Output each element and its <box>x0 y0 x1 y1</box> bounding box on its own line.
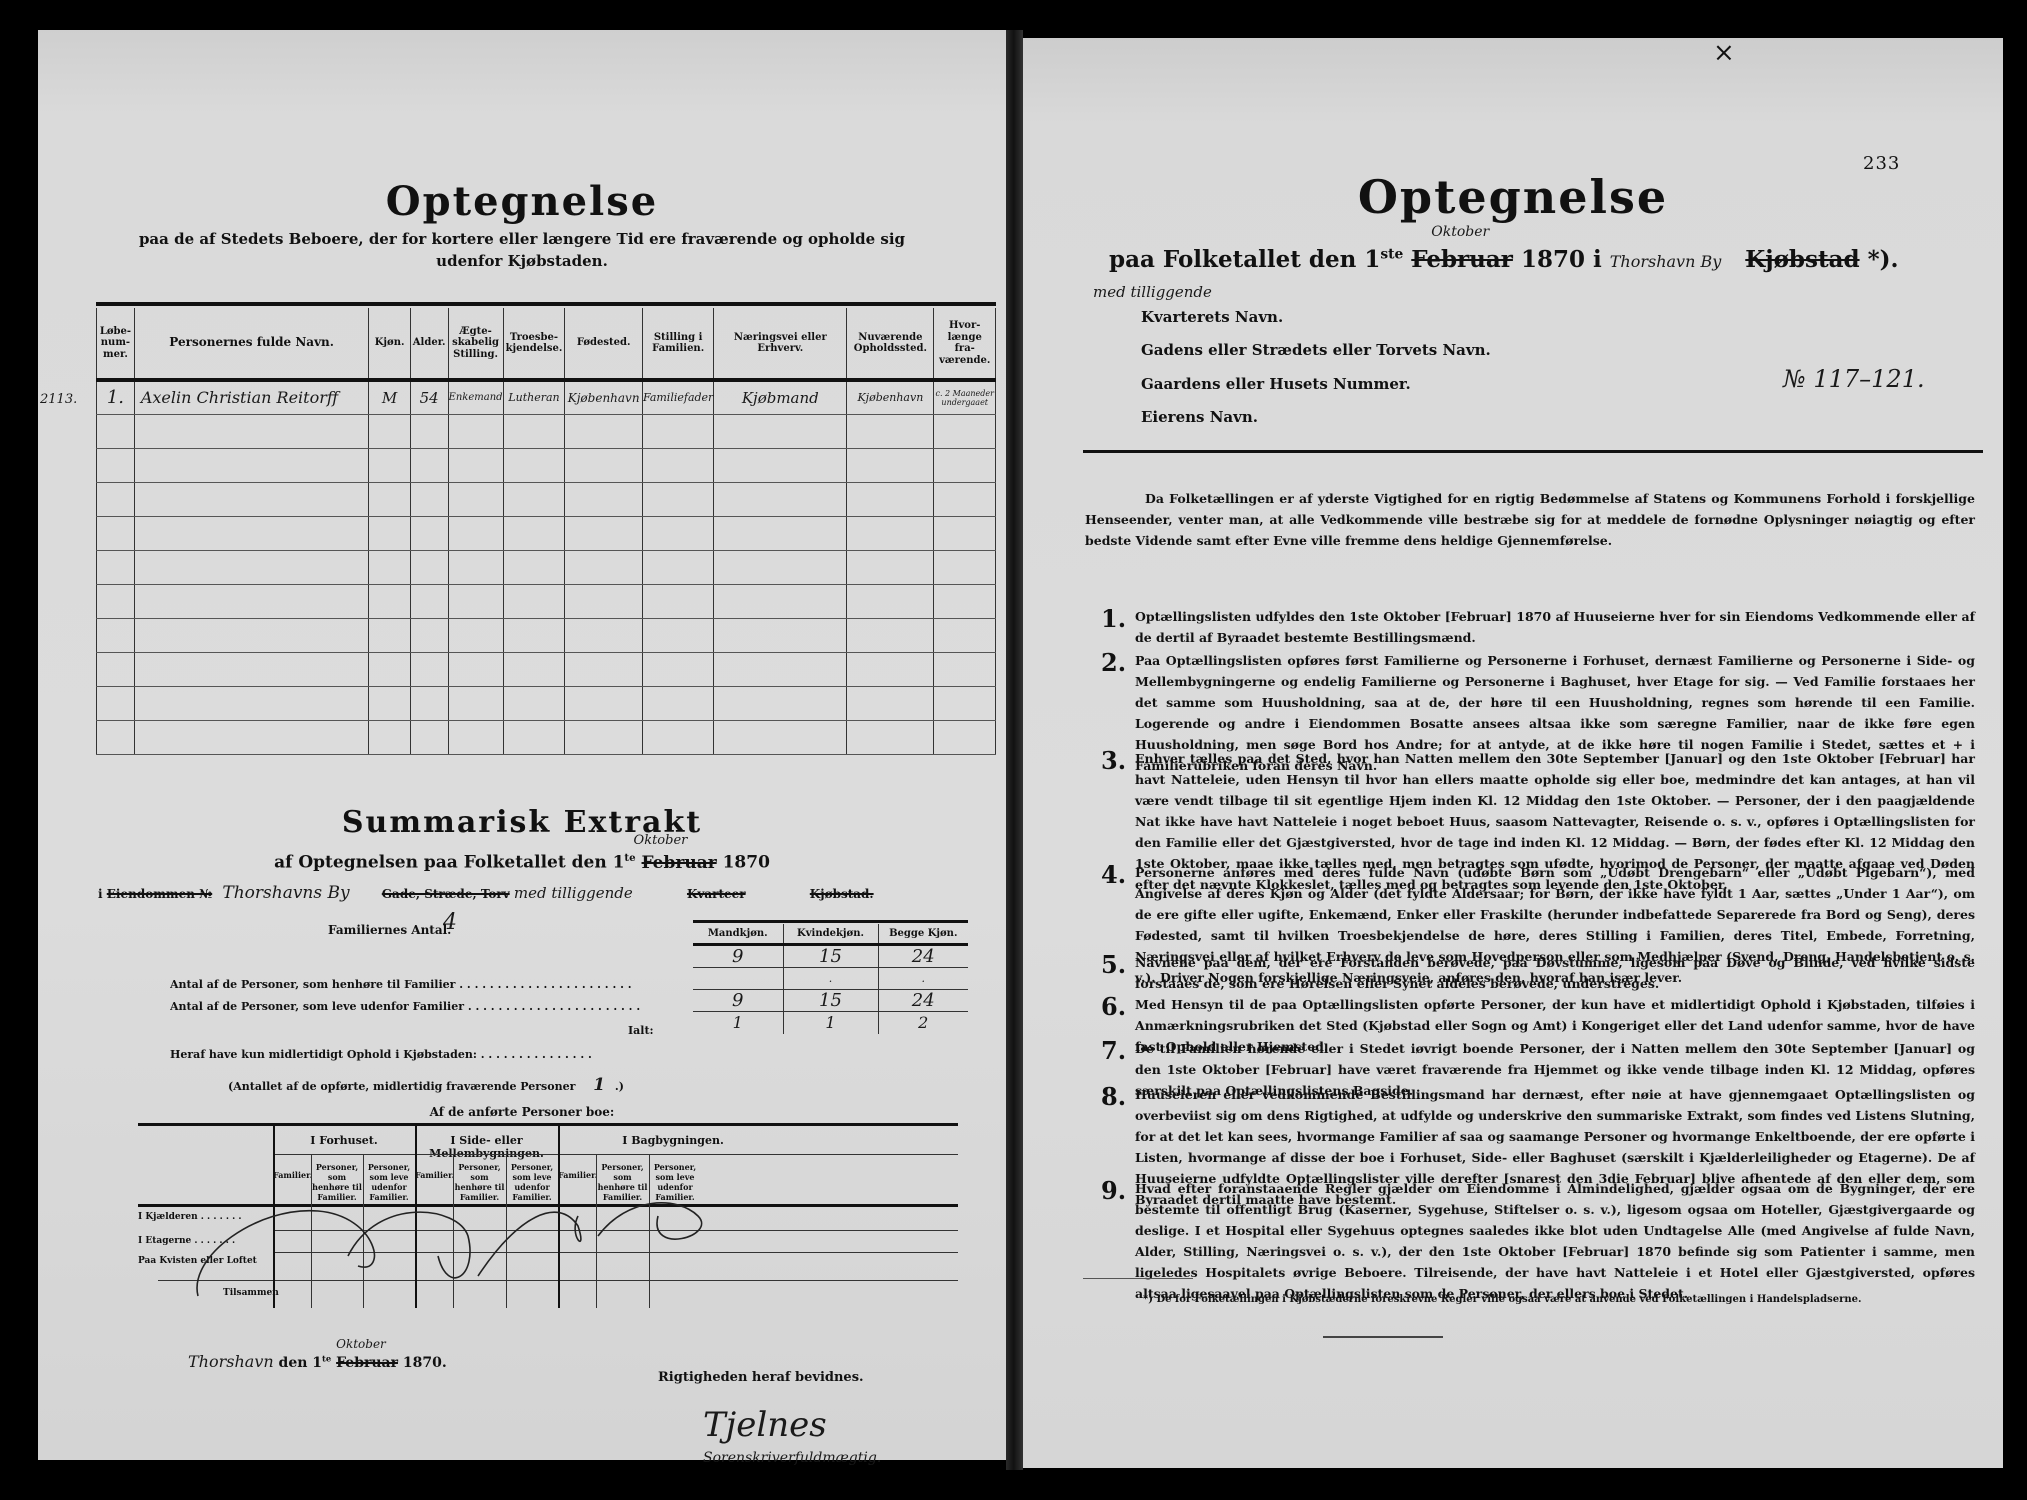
rule-number-6: 6. <box>1101 992 1126 1021</box>
cell-name: Axelin Christian Reitorff <box>134 380 369 414</box>
right-page: × 233 Optegnelse paa Folketallet den 1st… <box>1023 38 2003 1468</box>
table-top-rule <box>96 302 996 306</box>
signature-title: Sorenskriverfuldmægtig. <box>703 1450 881 1466</box>
col-header-religion: Troesbe-kjendelse. <box>503 308 565 380</box>
summary-title: Summarisk Extrakt <box>38 805 1006 840</box>
table-row-empty <box>97 516 996 550</box>
book-spine <box>1006 30 1023 1470</box>
cell-occupation: Kjøbmand <box>714 380 847 414</box>
col-header-occupation: Næringsvei eller Erhverv. <box>714 308 847 380</box>
rule-number-3: 3. <box>1101 746 1126 775</box>
field-quarter-label: Kvarterets Navn. <box>1141 308 1283 326</box>
pen-flourish-icon <box>178 1196 738 1316</box>
handwritten-month: Oktober <box>634 833 688 848</box>
cell-family-position: Familiefader <box>642 380 713 414</box>
summary-label-in-families: Antal af de Personer, som henhøre til Fa… <box>170 978 680 991</box>
signature: Tjelnes <box>703 1405 827 1445</box>
col-header-number: Løbe-num-mer. <box>97 308 135 380</box>
summary-label-total: Ialt: <box>628 1024 654 1037</box>
building-heading: Af de anførte Personer boe: <box>38 1105 1006 1119</box>
col-header-birthplace: Fødested. <box>565 308 643 380</box>
cell-absent-duration: c. 2 Maaneder undergaaet <box>934 380 996 414</box>
table-row-empty <box>97 652 996 686</box>
col-header-age: Alder. <box>410 308 448 380</box>
right-page-title: Optegnelse <box>1023 170 2003 224</box>
cell-marital: Enkemand <box>448 380 503 414</box>
table-row-empty <box>97 584 996 618</box>
field-owner-label: Eierens Navn. <box>1141 408 1258 426</box>
families-count-label: Familiernes Antal. <box>328 923 451 937</box>
left-page: Optegnelse paa de af Stedets Beboere, de… <box>38 30 1006 1460</box>
col-both: Begge Kjøn. <box>878 924 968 945</box>
subcol-back-families: Familier. <box>558 1170 596 1180</box>
cell-age: 54 <box>410 380 448 414</box>
summary-row-outside-families: . . <box>693 968 968 990</box>
summary-label-outside-families: Antal af de Personer, som leve udenfor F… <box>170 1000 680 1013</box>
summary-row-in-families: 9 15 24 <box>693 945 968 968</box>
corner-mark: × <box>1713 38 1735 68</box>
absent-count-line: (Antallet af de opførte, midlertidig fra… <box>228 1075 624 1095</box>
summary-row-total: 9 15 24 <box>693 990 968 1012</box>
building-side: I Side- eller Mellembygningen. <box>415 1134 558 1160</box>
summary-row-temporary: 1 1 2 <box>693 1012 968 1034</box>
footer-date-line: Thorshavn den 1te Februar Oktober 1870. <box>188 1352 447 1371</box>
table-row-empty <box>97 482 996 516</box>
col-header-residence: Nuværende Opholdssted. <box>847 308 934 380</box>
footnote: *) De for Folketællingen i Kjøbstæderne … <box>1143 1294 1862 1305</box>
table-row: 1. Axelin Christian Reitorff M 54 Enkema… <box>97 380 996 414</box>
col-header-marital: Ægte-skabelig Stilling. <box>448 308 503 380</box>
rule-number-8: 8. <box>1101 1082 1126 1111</box>
left-page-subtitle-1: paa de af Stedets Beboere, der for korte… <box>38 230 1006 248</box>
footnote-divider <box>1083 1278 1193 1279</box>
rule-number-5: 5. <box>1101 950 1126 979</box>
summary-location-line: i Eiendommen № Thorshavns By Gade, Stræd… <box>98 883 998 903</box>
col-header-name: Personernes fulde Navn. <box>134 308 369 380</box>
rule-9-text: Hvad efter foranstaaende Regler gjælder … <box>1135 1178 1975 1304</box>
summary-counts-table: Mandkjøn. Kvindekjøn. Begge Kjøn. 9 15 2… <box>693 924 968 1034</box>
table-row-empty <box>97 414 996 448</box>
field-street-label: Gadens eller Strædets eller Torvets Navn… <box>1141 341 1491 359</box>
building-table: I Forhuset. I Side- eller Mellembygninge… <box>138 1126 958 1341</box>
families-count-value: 4 <box>443 910 457 935</box>
cell-religion: Lutheran <box>503 380 565 414</box>
rule-number-1: 1. <box>1101 604 1126 633</box>
rule-1-text: Optællingslisten udfyldes den 1ste Oktob… <box>1135 606 1975 648</box>
col-header-sex: Kjøn. <box>369 308 410 380</box>
table-row-empty <box>97 720 996 754</box>
certification-text: Rigtigheden heraf bevidnes. <box>658 1370 864 1385</box>
cell-number: 1. <box>97 380 135 414</box>
sum-table-rule <box>693 920 968 923</box>
building-back: I Bagbygningen. <box>558 1134 958 1147</box>
rule-number-7: 7. <box>1101 1036 1126 1065</box>
handwritten-addition: med tilliggende <box>1093 283 1212 301</box>
cell-sex: M <box>369 380 410 414</box>
table-row-empty <box>97 686 996 720</box>
col-header-family-position: Stilling i Familien. <box>642 308 713 380</box>
col-header-absent-duration: Hvor-længe fra-værende. <box>934 308 996 380</box>
handwritten-month: Oktober <box>1431 224 1489 240</box>
rule-number-9: 9. <box>1101 1176 1126 1205</box>
col-male: Mandkjøn. <box>693 924 783 945</box>
rule-number-2: 2. <box>1101 648 1126 677</box>
field-house-number-value: № 117–121. <box>1783 365 1925 393</box>
building-front: I Forhuset. <box>273 1134 415 1147</box>
rule-5-text: Navnene paa dem, der ere Forstanden berø… <box>1135 952 1975 994</box>
absentees-table: Løbe-num-mer. Personernes fulde Navn. Kj… <box>96 308 996 755</box>
subcol-front-families: Familier. <box>273 1170 311 1180</box>
cell-residence: Kjøbenhavn <box>847 380 934 414</box>
col-female: Kvindekjøn. <box>783 924 878 945</box>
field-house-number-label: Gaardens eller Husets Nummer. <box>1141 375 1411 393</box>
left-page-subtitle-2: udenfor Kjøbstaden. <box>38 252 1006 270</box>
left-page-title: Optegnelse <box>38 178 1006 225</box>
table-row-empty <box>97 550 996 584</box>
header-divider <box>1083 450 1983 453</box>
table-row-empty <box>97 618 996 652</box>
census-date-line: paa Folketallet den 1ste Februar Oktober… <box>1109 246 1899 273</box>
closing-rule <box>1323 1336 1443 1338</box>
intro-paragraph: Da Folketællingen er af yderste Vigtighe… <box>1085 488 1975 551</box>
cell-birthplace: Kjøbenhavn <box>565 380 643 414</box>
summary-label-temporary: Heraf have kun midlertidigt Ophold i Kjø… <box>170 1048 680 1061</box>
subcol-side-families: Familier. <box>415 1170 453 1180</box>
summary-subtitle: af Optegnelsen paa Folketallet den 1te F… <box>38 852 1006 873</box>
rule-number-4: 4. <box>1101 860 1126 889</box>
table-row-empty <box>97 448 996 482</box>
sub-header-rule <box>273 1154 958 1155</box>
margin-note: 2113. <box>40 392 77 407</box>
